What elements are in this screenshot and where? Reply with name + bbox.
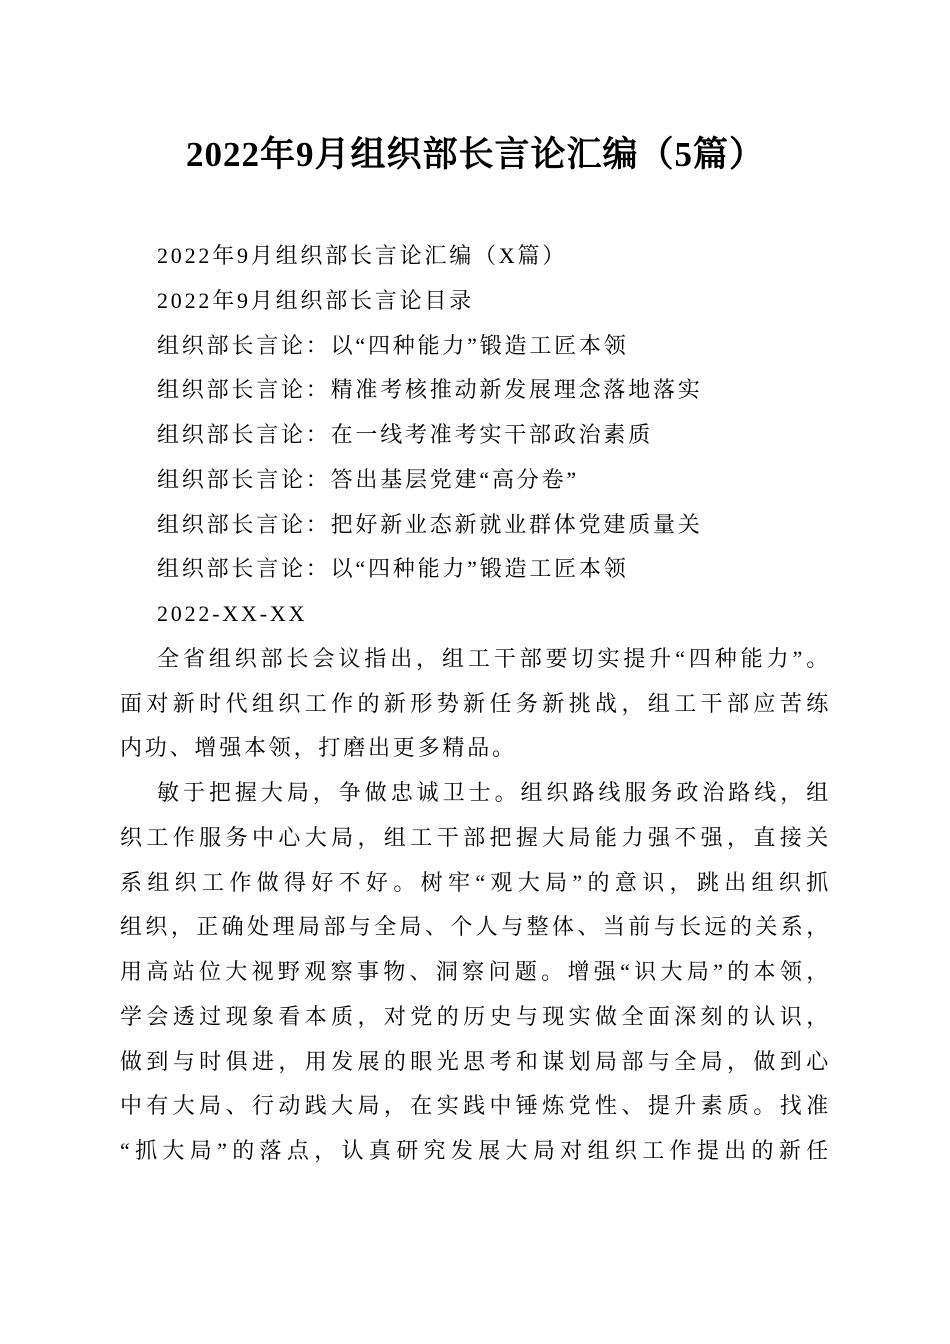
directory-title-line: 2022年9月组织部长言论目录 (120, 279, 831, 324)
paragraph2-line-9: “抓大局”的落点，认真研究发展大局对组织工作提出的新任 (120, 1129, 831, 1174)
date-line: 2022-XX-XX (120, 592, 831, 637)
toc-entry-3: 组织部长言论：在一线考准考实干部政治素质 (120, 413, 831, 458)
toc-entry-2: 组织部长言论：精准考核推动新发展理念落地落实 (120, 368, 831, 413)
document-body: 2022年9月组织部长言论汇编（X篇） 2022年9月组织部长言论目录 组织部长… (120, 234, 831, 1174)
document-page: 2022年9月组织部长言论汇编（5篇） 2022年9月组织部长言论汇编（X篇） … (0, 0, 950, 1344)
document-title: 2022年9月组织部长言论汇编（5篇） (120, 132, 831, 178)
toc-entry-5: 组织部长言论：把好新业态新就业群体党建质量关 (120, 503, 831, 548)
paragraph2-line-6: 学会透过现象看本质，对党的历史与现实做全面深刻的认识， (120, 995, 831, 1040)
paragraph2-line-2: 织工作服务中心大局，组工干部把握大局能力强不强，直接关 (120, 816, 831, 861)
paragraph2-line-3: 系组织工作做得好不好。树牢“观大局”的意识，跳出组织抓 (120, 861, 831, 906)
paragraph2-line-7: 做到与时俱进，用发展的眼光思考和谋划局部与全局，做到心 (120, 1040, 831, 1085)
paragraph2-line-4: 组织，正确处理局部与全局、个人与整体、当前与长远的关系， (120, 905, 831, 950)
toc-entry-6: 组织部长言论：以“四种能力”锻造工匠本领 (120, 547, 831, 592)
paragraph1-line-1: 全省组织部长会议指出，组工干部要切实提升“四种能力”。 (120, 637, 831, 682)
paragraph2-line-1: 敏于把握大局，争做忠诚卫士。组织路线服务政治路线，组 (120, 771, 831, 816)
toc-entry-1: 组织部长言论：以“四种能力”锻造工匠本领 (120, 324, 831, 369)
paragraph1-line-3: 内功、增强本领，打磨出更多精品。 (120, 726, 831, 771)
document-content: 2022年9月组织部长言论汇编（5篇） 2022年9月组织部长言论汇编（X篇） … (120, 0, 831, 1174)
paragraph2-line-8: 中有大局、行动践大局，在实践中锤炼党性、提升素质。找准 (120, 1084, 831, 1129)
toc-entry-4: 组织部长言论：答出基层党建“高分卷” (120, 458, 831, 503)
paragraph2-line-5: 用高站位大视野观察事物、洞察问题。增强“识大局”的本领， (120, 950, 831, 995)
paragraph1-line-2: 面对新时代组织工作的新形势新任务新挑战，组工干部应苦练 (120, 682, 831, 727)
compilation-header-line: 2022年9月组织部长言论汇编（X篇） (120, 234, 831, 279)
